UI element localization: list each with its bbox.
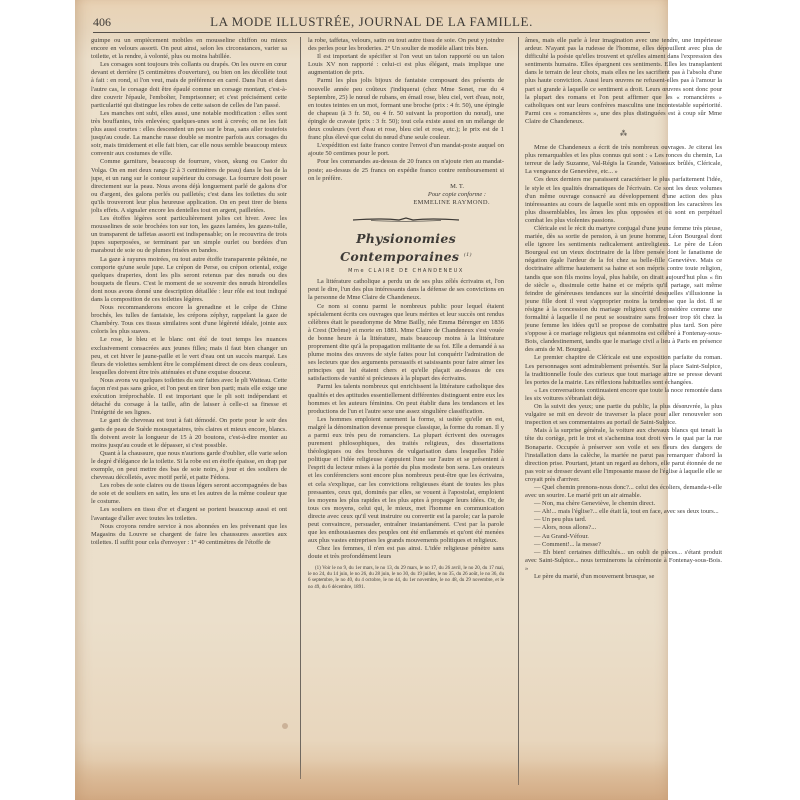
paragraph: Les souliers en tissu d'or et d'argent s… — [91, 506, 287, 522]
paragraph: — Comment!... la messe? — [525, 541, 722, 549]
newspaper-page: 406 LA MODE ILLUSTRÉE, JOURNAL DE LA FAM… — [75, 0, 668, 800]
page-header: 406 LA MODE ILLUSTRÉE, JOURNAL DE LA FAM… — [93, 14, 650, 33]
paragraph: Ces deux derniers me paraissent caractér… — [525, 176, 722, 225]
signature-line: Pour copie conforme : — [308, 191, 486, 199]
paragraph: — Quel chemin prenons-nous donc?... celu… — [525, 484, 722, 500]
paragraph: — Eh bien! certaines difficultés... un o… — [525, 549, 722, 573]
paragraph: Cléricale est le récit du martyre conjug… — [525, 225, 722, 355]
column-3: âmes, mais elle parle à leur imagination… — [525, 37, 722, 782]
column-2: la robe, taffetas, velours, satin ou tou… — [308, 37, 504, 781]
journal-title: LA MODE ILLUSTRÉE, JOURNAL DE LA FAMILLE… — [153, 14, 590, 30]
column-1: guimpe ou un empiècement mobiles en mous… — [91, 37, 287, 767]
paragraph: — Non, ma chère Geneviève, le chemin dir… — [525, 500, 722, 508]
paragraph: Parmi les talents nombreux qui enrichiss… — [308, 383, 504, 415]
paragraph: âmes, mais elle parle à leur imagination… — [525, 37, 722, 126]
paragraph: L'expédition est faite franco contre l'e… — [308, 142, 504, 158]
paragraph: « Les conversations continuaient encore … — [525, 387, 722, 403]
column-divider — [518, 37, 519, 785]
section-title: Physionomies Contemporaines (1) — [308, 231, 504, 265]
paragraph: — Ah!... mais l'église?... elle était là… — [525, 508, 722, 516]
paragraph: Ce nom si connu parmi le nombreux public… — [308, 303, 504, 384]
paragraph: Comme garniture, beaucoup de fourrure, v… — [91, 158, 287, 215]
paragraph: Le rose, le bleu et le blanc ont été de … — [91, 336, 287, 376]
footnote-marker: (1) — [464, 252, 472, 258]
paragraph: Le père du marié, d'un mouvement brusque… — [525, 573, 722, 581]
paragraph: Le premier chapitre de Cléricale est une… — [525, 354, 722, 386]
paragraph: Les hommes emploient rarement la forme, … — [308, 416, 504, 546]
paragraph: On la suivit des yeux; une partie du pub… — [525, 403, 722, 427]
paragraph: — Au Grand-Véfour. — [525, 533, 722, 541]
paragraph: — Alors, nous allons?... — [525, 524, 722, 532]
paragraph: Il est important de spécifier si l'on ve… — [308, 53, 504, 77]
paragraph: Parmi les plus jolis bijoux de fantaisie… — [308, 77, 504, 142]
paragraph: Les robes de soie claires ou de tissus l… — [91, 482, 287, 506]
paragraph: Les étoffes légères sont particulièremen… — [91, 215, 287, 255]
paragraph: Les corsages sont toujours très collants… — [91, 61, 287, 110]
column-divider — [300, 37, 301, 779]
paper-stain — [282, 723, 288, 729]
page-number: 406 — [93, 15, 153, 30]
paragraph: Nous croyons rendre service à nos abonné… — [91, 523, 287, 547]
paragraph: Chez les femmes, il n'en est pas ainsi. … — [308, 545, 504, 561]
section-title-text: Physionomies Contemporaines — [340, 231, 459, 264]
footnote: (1) Voir le no 9, du 1er mars, le no 13,… — [308, 566, 504, 592]
paragraph: guimpe ou un empiècement mobiles en mous… — [91, 37, 287, 61]
signature-initials: M. T. — [308, 183, 464, 191]
asterism-icon: ⁂ — [525, 130, 722, 138]
signature-block: M. T. Pour copie conforme : EMMELINE RAY… — [308, 183, 504, 207]
signature-name: EMMELINE RAYMOND. — [308, 199, 490, 207]
paragraph: Pour les commandes au-dessus de 20 franc… — [308, 158, 504, 182]
ornament-divider-icon — [351, 217, 461, 223]
paragraph: Quant à la chaussure, que nous n'aurions… — [91, 450, 287, 482]
paragraph: la robe, taffetas, velours, satin ou tou… — [308, 37, 504, 53]
paragraph: Le gant de chevreau est tout à fait démo… — [91, 417, 287, 449]
paragraph: Les manches ont subi, elles aussi, une n… — [91, 110, 287, 159]
paragraph: Nous recommanderons encore la grenadine … — [91, 304, 287, 336]
paragraph: Mais à la surprise générale, la voiture … — [525, 427, 722, 484]
paragraph: Nous avons vu quelques toilettes du soir… — [91, 377, 287, 417]
paragraph: — Un peu plus tard. — [525, 516, 722, 524]
section-subtitle: Mme CLAIRE DE CHANDENEUX — [308, 267, 504, 275]
paragraph: Mme de Chandeneux a écrit de très nombre… — [525, 144, 722, 176]
paragraph: La gaze à rayures moirées, ou tout autre… — [91, 256, 287, 305]
paragraph: La littérature catholique a perdu un de … — [308, 278, 504, 302]
